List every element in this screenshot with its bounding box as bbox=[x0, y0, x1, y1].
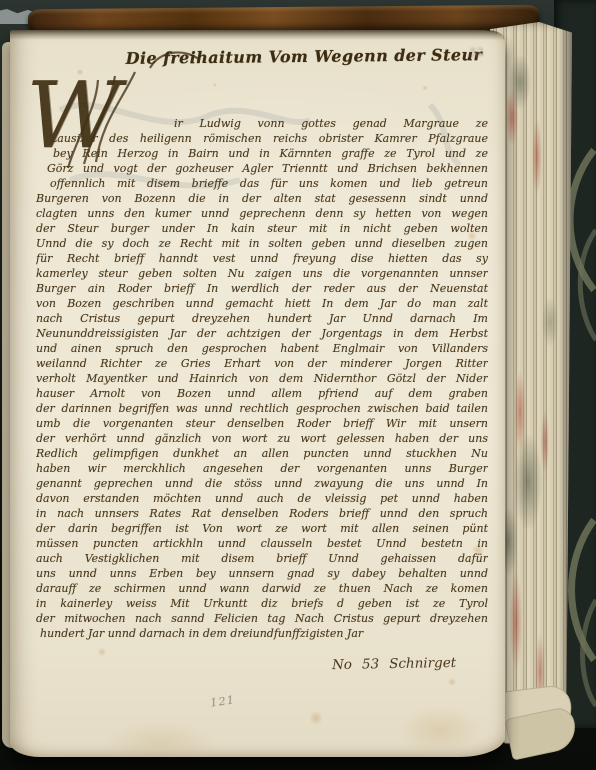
page-heading: Die freihaitum Vom Wegenn der Steur bbox=[118, 45, 490, 68]
manuscript-body: ir Ludwig vonn gottes genad Margraue ze … bbox=[36, 116, 488, 641]
manuscript-line: für Recht brieff hanndt vest unnd freyun… bbox=[36, 251, 488, 266]
manuscript-line: uns unnd unns Erben bey unnsern gnad sy … bbox=[36, 566, 488, 581]
manuscript-line: clagten unns den kumer unnd geprechenn d… bbox=[36, 206, 488, 221]
manuscript-line: Burgeren von Bozenn die in der alten sta… bbox=[36, 191, 488, 206]
manuscript-line: Görz und vogt der gozheuser Agler Trienn… bbox=[36, 161, 488, 176]
manuscript-line: auch Vestigklichen mit disem brieff Unnd… bbox=[36, 551, 488, 566]
manuscript-line: Unnd die sy doch ze Recht mit in solten … bbox=[36, 236, 488, 251]
manuscript-line: Burger ain Roder brieff In werdlich der … bbox=[36, 281, 488, 296]
manuscript-line: genannt geprechen unnd die stöss unnd zw… bbox=[36, 476, 488, 491]
manuscript-line: offennlich mit disem brieffe das für uns… bbox=[36, 176, 488, 191]
manuscript-line: Redlich gelimpfigen dunkhet an allen pun… bbox=[36, 446, 488, 461]
manuscript-line: der darin begriffen ist Von wort ze wort… bbox=[36, 521, 488, 536]
manuscript-line: der darinnen begriffen was unnd rechtlic… bbox=[36, 401, 488, 416]
manuscript-line: kamerley steur geben solten Nu zaigen un… bbox=[36, 266, 488, 281]
manuscript-line: der mitwochen nach sannd Felicien tag Na… bbox=[36, 611, 488, 626]
manuscript-line: und ainen spruch den gesprochen habent E… bbox=[36, 341, 488, 356]
manuscript-line: der Steur burger under In kain steur mit… bbox=[36, 221, 488, 236]
folio-number: 52 bbox=[469, 45, 484, 59]
manuscript-line: darauff ze schirmen unnd wann darwid ze … bbox=[36, 581, 488, 596]
manuscript-page: Die freihaitum Vom Wegenn der Steur 52 W… bbox=[10, 30, 505, 757]
manuscript-line: Lausizer des heiligenn römischen reichs … bbox=[36, 131, 488, 146]
manuscript-line: haben wir merckhlich angesehen der vorge… bbox=[36, 461, 488, 476]
manuscript-line: hauser Arnolt von Bozen unnd allem pfrie… bbox=[36, 386, 488, 401]
notation-no-label: No bbox=[332, 657, 352, 673]
notation-word: Schnirget bbox=[389, 655, 456, 672]
manuscript-line: Neununddreissigisten Jar der achtzigen d… bbox=[36, 326, 488, 341]
archive-photo: Die freihaitum Vom Wegenn der Steur 52 W… bbox=[0, 0, 596, 770]
manuscript-line: in kainerley weiss Mit Urkuntt diz brief… bbox=[36, 596, 488, 611]
manuscript-line: nach Cristus gepurt dreyzehen hundert Ja… bbox=[36, 311, 488, 326]
manuscript-line: bey Rein Herzog in Bairn und in Kärnnten… bbox=[36, 146, 488, 161]
manuscript-line: der verhört unnd gänzlich von wort zu wo… bbox=[36, 431, 488, 446]
manuscript-line: verholt Mayentker und Hainrich von dem N… bbox=[36, 371, 488, 386]
manuscript-line: müssen puncten artickhln unnd clausseln … bbox=[36, 536, 488, 551]
manuscript-line: von Bozen geschriben unnd gemacht hiett … bbox=[36, 296, 488, 311]
notation-number: 53 bbox=[362, 656, 379, 672]
manuscript-line: umb die vorgenanten steur denselben Rode… bbox=[36, 416, 488, 431]
manuscript-line: davon erstanden möchten unnd auch de vle… bbox=[36, 491, 488, 506]
manuscript-line: weilannd Richter ze Gries Erhart von der… bbox=[36, 356, 488, 371]
manuscript-line: ir Ludwig vonn gottes genad Margraue ze … bbox=[36, 116, 488, 131]
archival-notation: No53Schnirget bbox=[332, 655, 456, 673]
manuscript-line: in nach unnsers Rates Rat denselben Rode… bbox=[36, 506, 488, 521]
manuscript-line: hundert Jar unnd darnach in dem dreiundf… bbox=[36, 626, 488, 641]
